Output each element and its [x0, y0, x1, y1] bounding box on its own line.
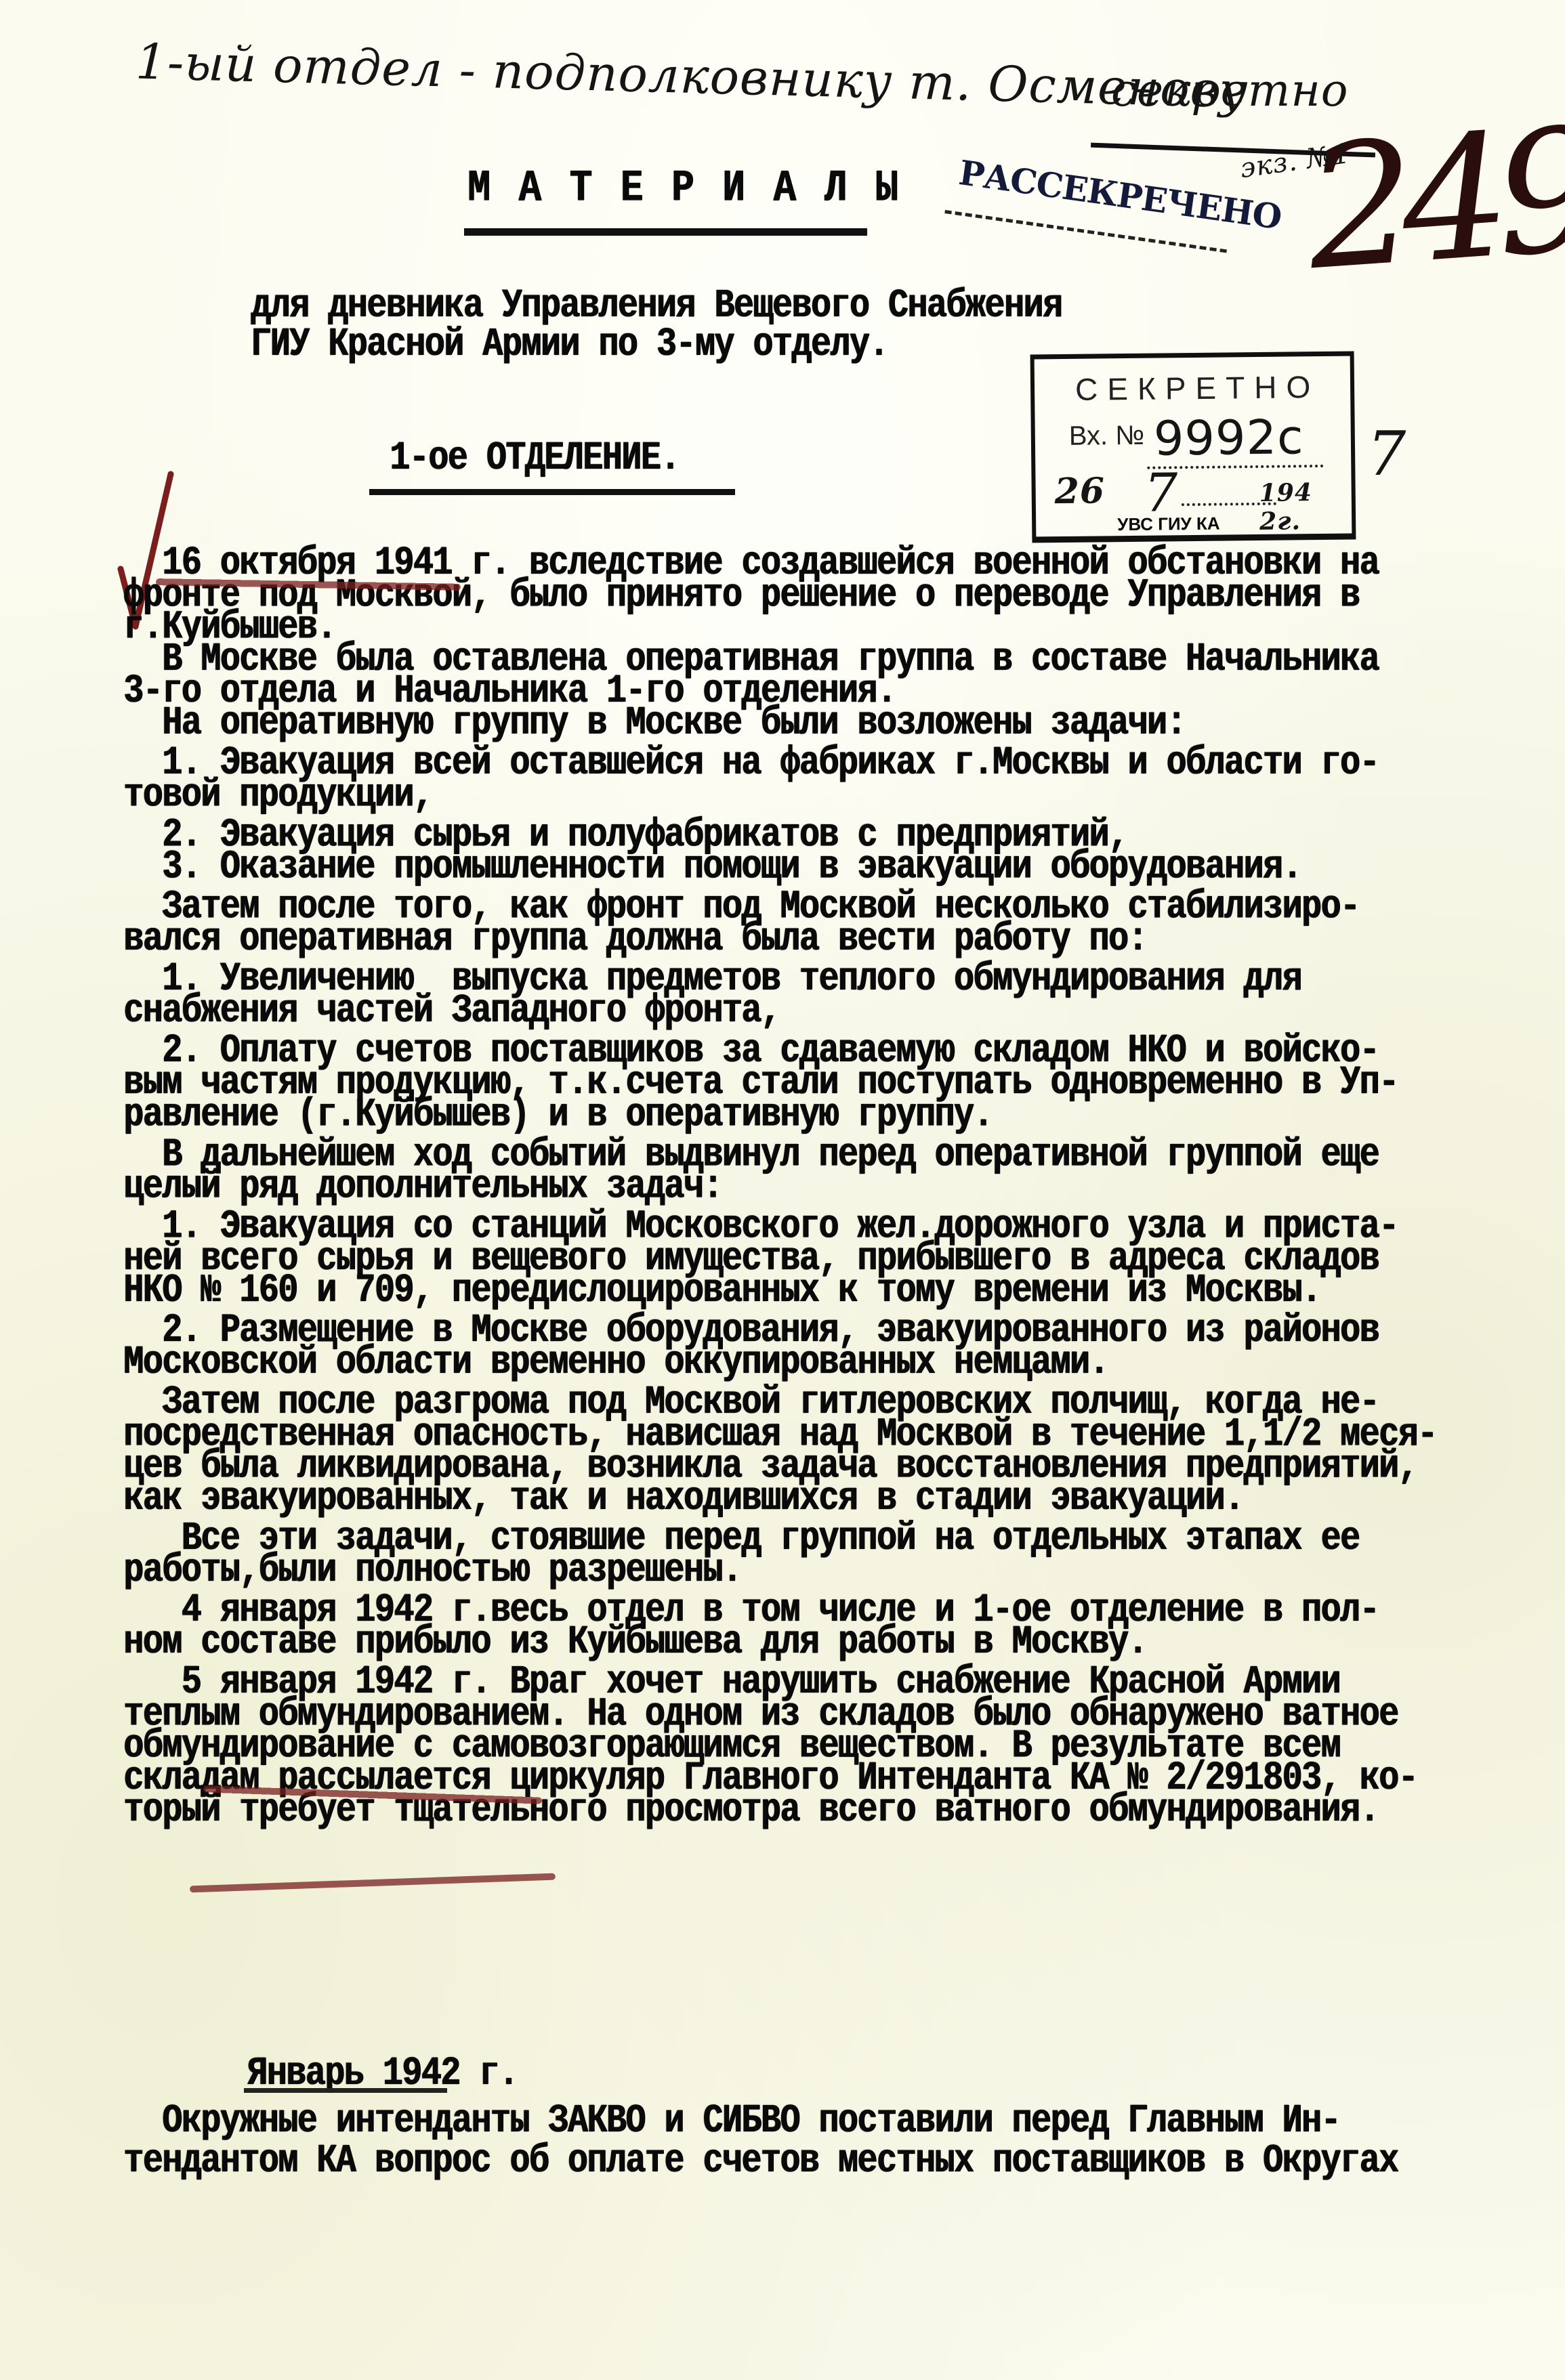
document-title: М А Т Е Р И А Л Ы [467, 166, 900, 211]
document-subtitle: для дневника Управления Вещевого Снабжен… [251, 284, 289, 419]
handwritten-secret-note: секретно [1111, 64, 1349, 116]
body-line: Московской области временно оккупированн… [123, 1341, 1108, 1386]
body-line: 3. Оказание промышленности помощи в эвак… [123, 845, 1301, 890]
body-line: целый ряд дополнительных задач: [123, 1165, 722, 1210]
stamp-org: УВС ГИУ КА [1117, 513, 1220, 536]
section-heading-underline [369, 489, 735, 495]
body-line: НКО № 160 и 709, передислоцированных к т… [123, 1269, 1320, 1314]
stamp-number-value: 9992с [1153, 409, 1303, 466]
stamp-header: СЕКРЕТНО [1075, 368, 1320, 408]
section-heading: 1-ое ОТДЕЛЕНИЕ. [390, 437, 680, 482]
body-line: ном составе прибыло из Куйбышева для раб… [123, 1621, 1147, 1665]
closing-line-2: тендантом КА вопрос об оплате счетов мес… [123, 2140, 1398, 2184]
body-line: как эвакуированных, так и находившихся в… [123, 1477, 1243, 1522]
handwritten-routing-note: 1-ый отдел - подполковнику т. Осменову [135, 33, 1249, 119]
subtitle-line-2: ГИУ Красной Армии по 3-му отделу. [251, 323, 888, 368]
body-line: работы,были полностью разрешены. [123, 1549, 741, 1594]
archive-number: 249 [1302, 106, 1565, 294]
january-heading-underline [244, 2088, 447, 2093]
body-line: равление (г.Куйбышев) и в оперативную гр… [123, 1093, 993, 1138]
closing-paragraph: Окружные интенданты ЗАКВО и СИБВО постав… [123, 2100, 162, 2234]
declassified-stamp: РАССЕКРЕЧЕНО [957, 152, 1284, 237]
stamp-number-label: Вх. № [1069, 421, 1145, 452]
body-line: вался оперативная группа должна была вес… [123, 918, 1147, 962]
secret-registration-stamp: СЕКРЕТНО Вх. № 9992с 26 7 194 2г. УВС ГИ… [1030, 352, 1356, 543]
body-line: На оперативную группу в Москве были возл… [123, 702, 1186, 746]
stamp-margin-mark: 7 [1367, 419, 1406, 490]
body-line: снабжения частей Западного фронта, [123, 990, 780, 1034]
stamp-day: 26 [1054, 470, 1105, 512]
stamp-year: 194 2г. [1259, 478, 1352, 536]
closing-line-1: Окружные интенданты ЗАКВО и СИБВО постав… [123, 2100, 1340, 2144]
red-underline-jan5 [190, 1873, 556, 1893]
body-line: товой продукции, [123, 773, 432, 818]
title-underline [464, 228, 867, 236]
